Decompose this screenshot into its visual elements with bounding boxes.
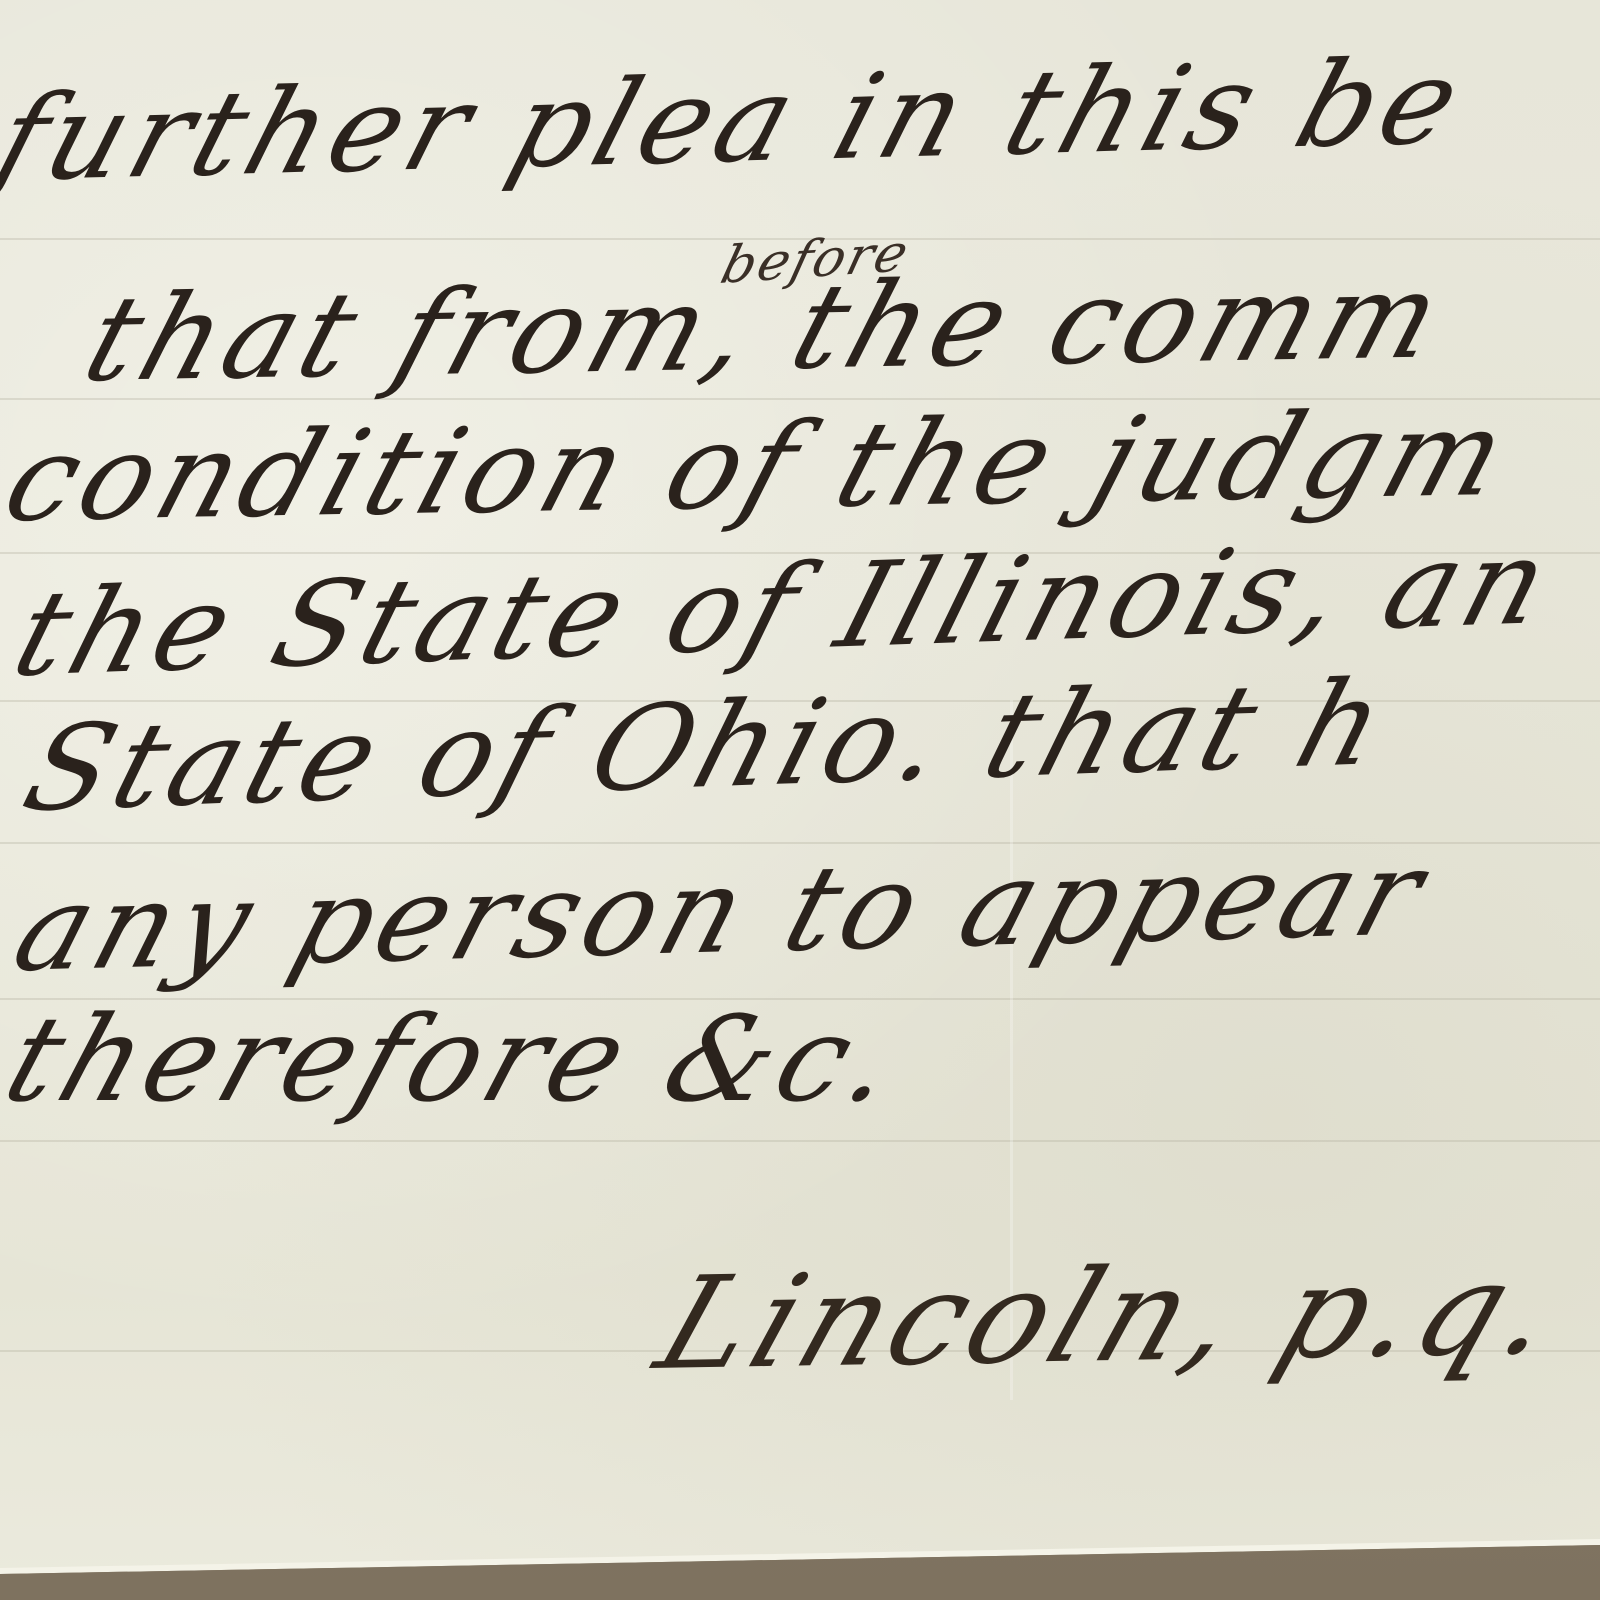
document-photo: further plea in this be before that from… [0, 0, 1600, 1600]
handwritten-line-2: that from, the comm [70, 247, 1462, 408]
handwritten-line-1: further plea in this be [0, 32, 1481, 208]
ruled-line [0, 1140, 1600, 1142]
handwritten-line-6: any person to appear [0, 824, 1444, 998]
signature: Lincoln, p.q. [640, 1235, 1582, 1399]
handwritten-line-7: therefore &c. [0, 990, 919, 1128]
paper-sheet: further plea in this be before that from… [0, 0, 1600, 1600]
